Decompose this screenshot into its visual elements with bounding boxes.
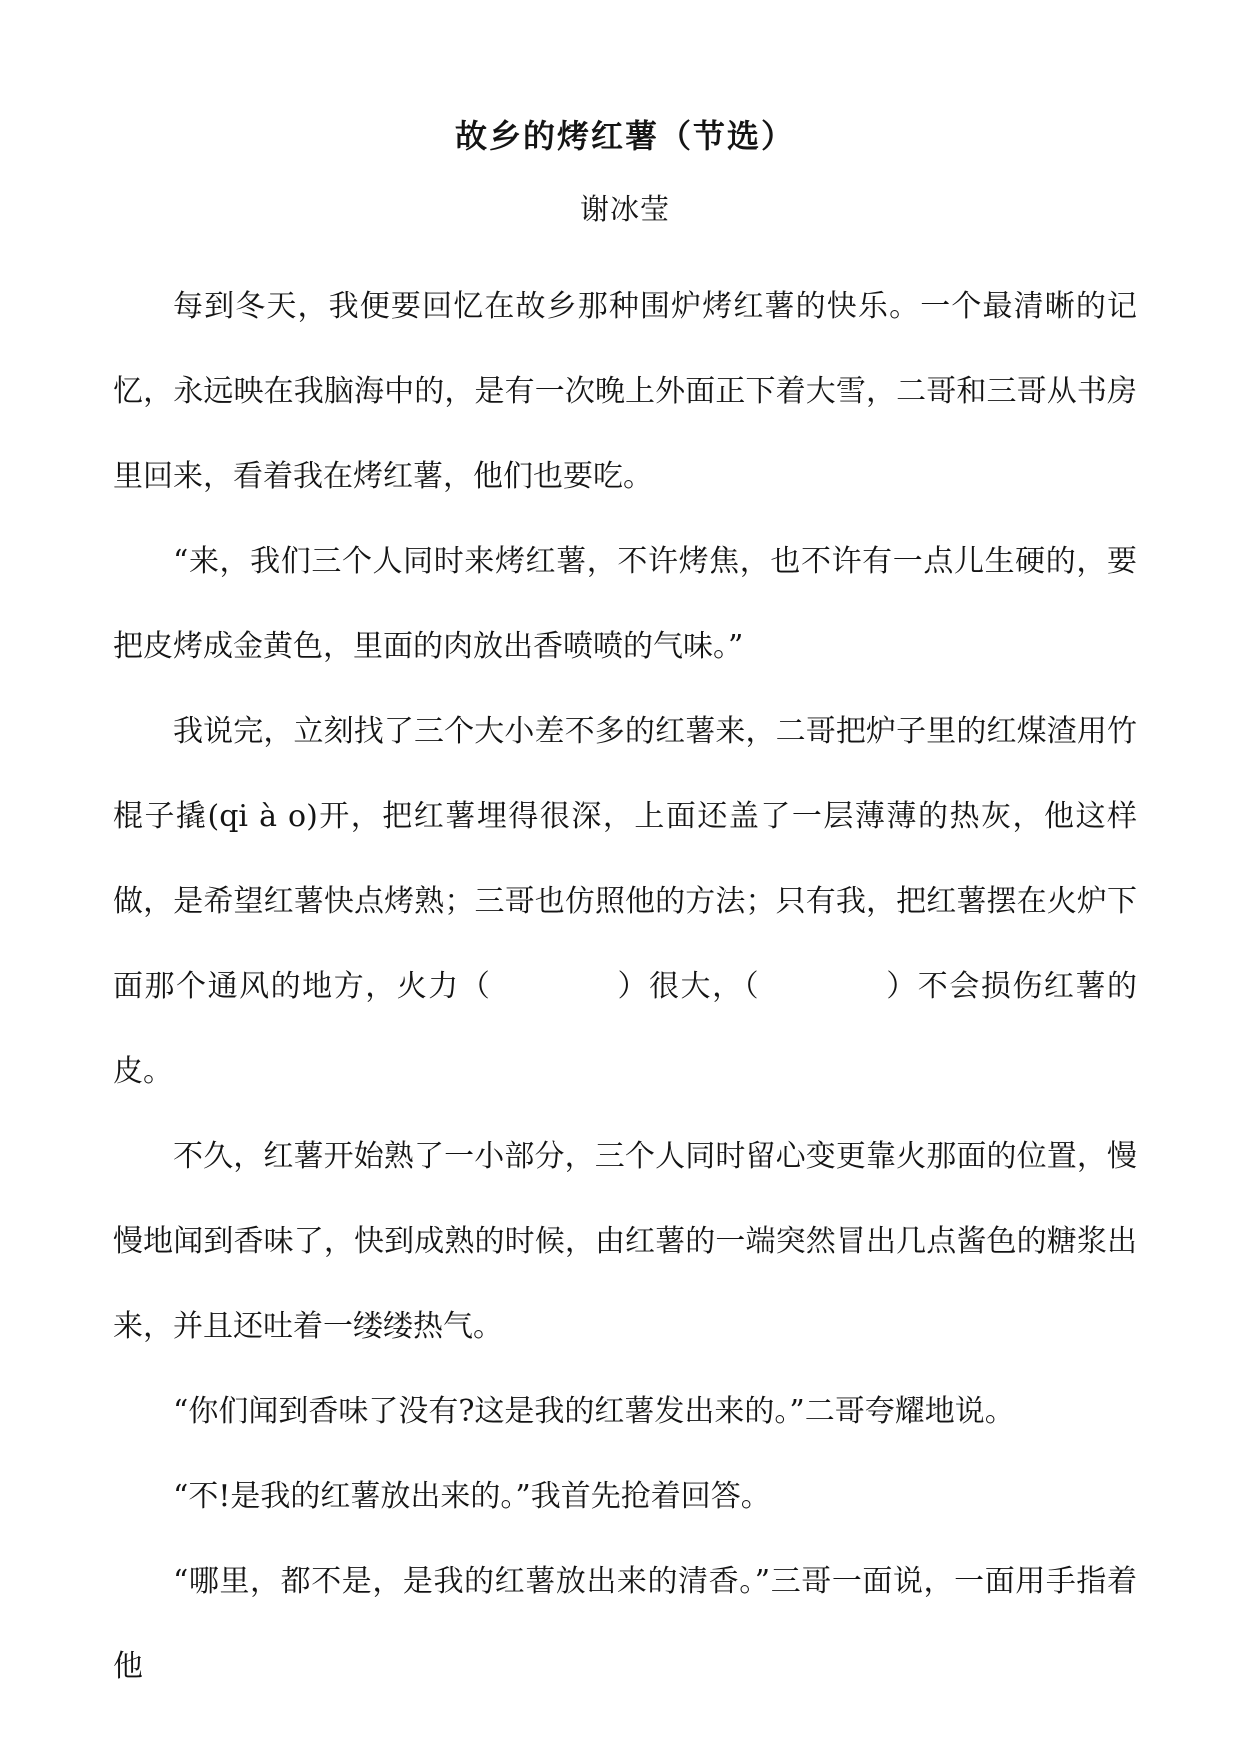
paragraph-6: “不!是我的红薯放出来的。”我首先抢着回答。: [113, 1454, 1137, 1539]
paragraph-7: “哪里，都不是，是我的红薯放出来的清香。”三哥一面说，一面用手指着他: [113, 1539, 1137, 1709]
paragraph-4: 不久，红薯开始熟了一小部分，三个人同时留心变更靠火那面的位置，慢慢地闻到香味了，…: [113, 1114, 1137, 1369]
paragraph-2: “来，我们三个人同时来烤红薯，不许烤焦，也不许有一点儿生硬的，要把皮烤成金黄色，…: [113, 519, 1137, 689]
document-page: 故乡的烤红薯（节选） 谢冰莹 每到冬天，我便要回忆在故乡那种围炉烤红薯的快乐。一…: [0, 0, 1241, 1754]
paragraph-3: 我说完，立刻找了三个大小差不多的红薯来，二哥把炉子里的红煤渣用竹棍子撬(qi à…: [113, 689, 1137, 1114]
document-body: 每到冬天，我便要回忆在故乡那种围炉烤红薯的快乐。一个最清晰的记忆，永远映在我脑海…: [113, 264, 1137, 1709]
paragraph-1: 每到冬天，我便要回忆在故乡那种围炉烤红薯的快乐。一个最清晰的记忆，永远映在我脑海…: [113, 264, 1137, 519]
document-title: 故乡的烤红薯（节选）: [113, 106, 1137, 166]
author-name: 谢冰莹: [113, 186, 1137, 232]
paragraph-5: “你们闻到香味了没有?这是我的红薯发出来的。”二哥夸耀地说。: [113, 1369, 1137, 1454]
